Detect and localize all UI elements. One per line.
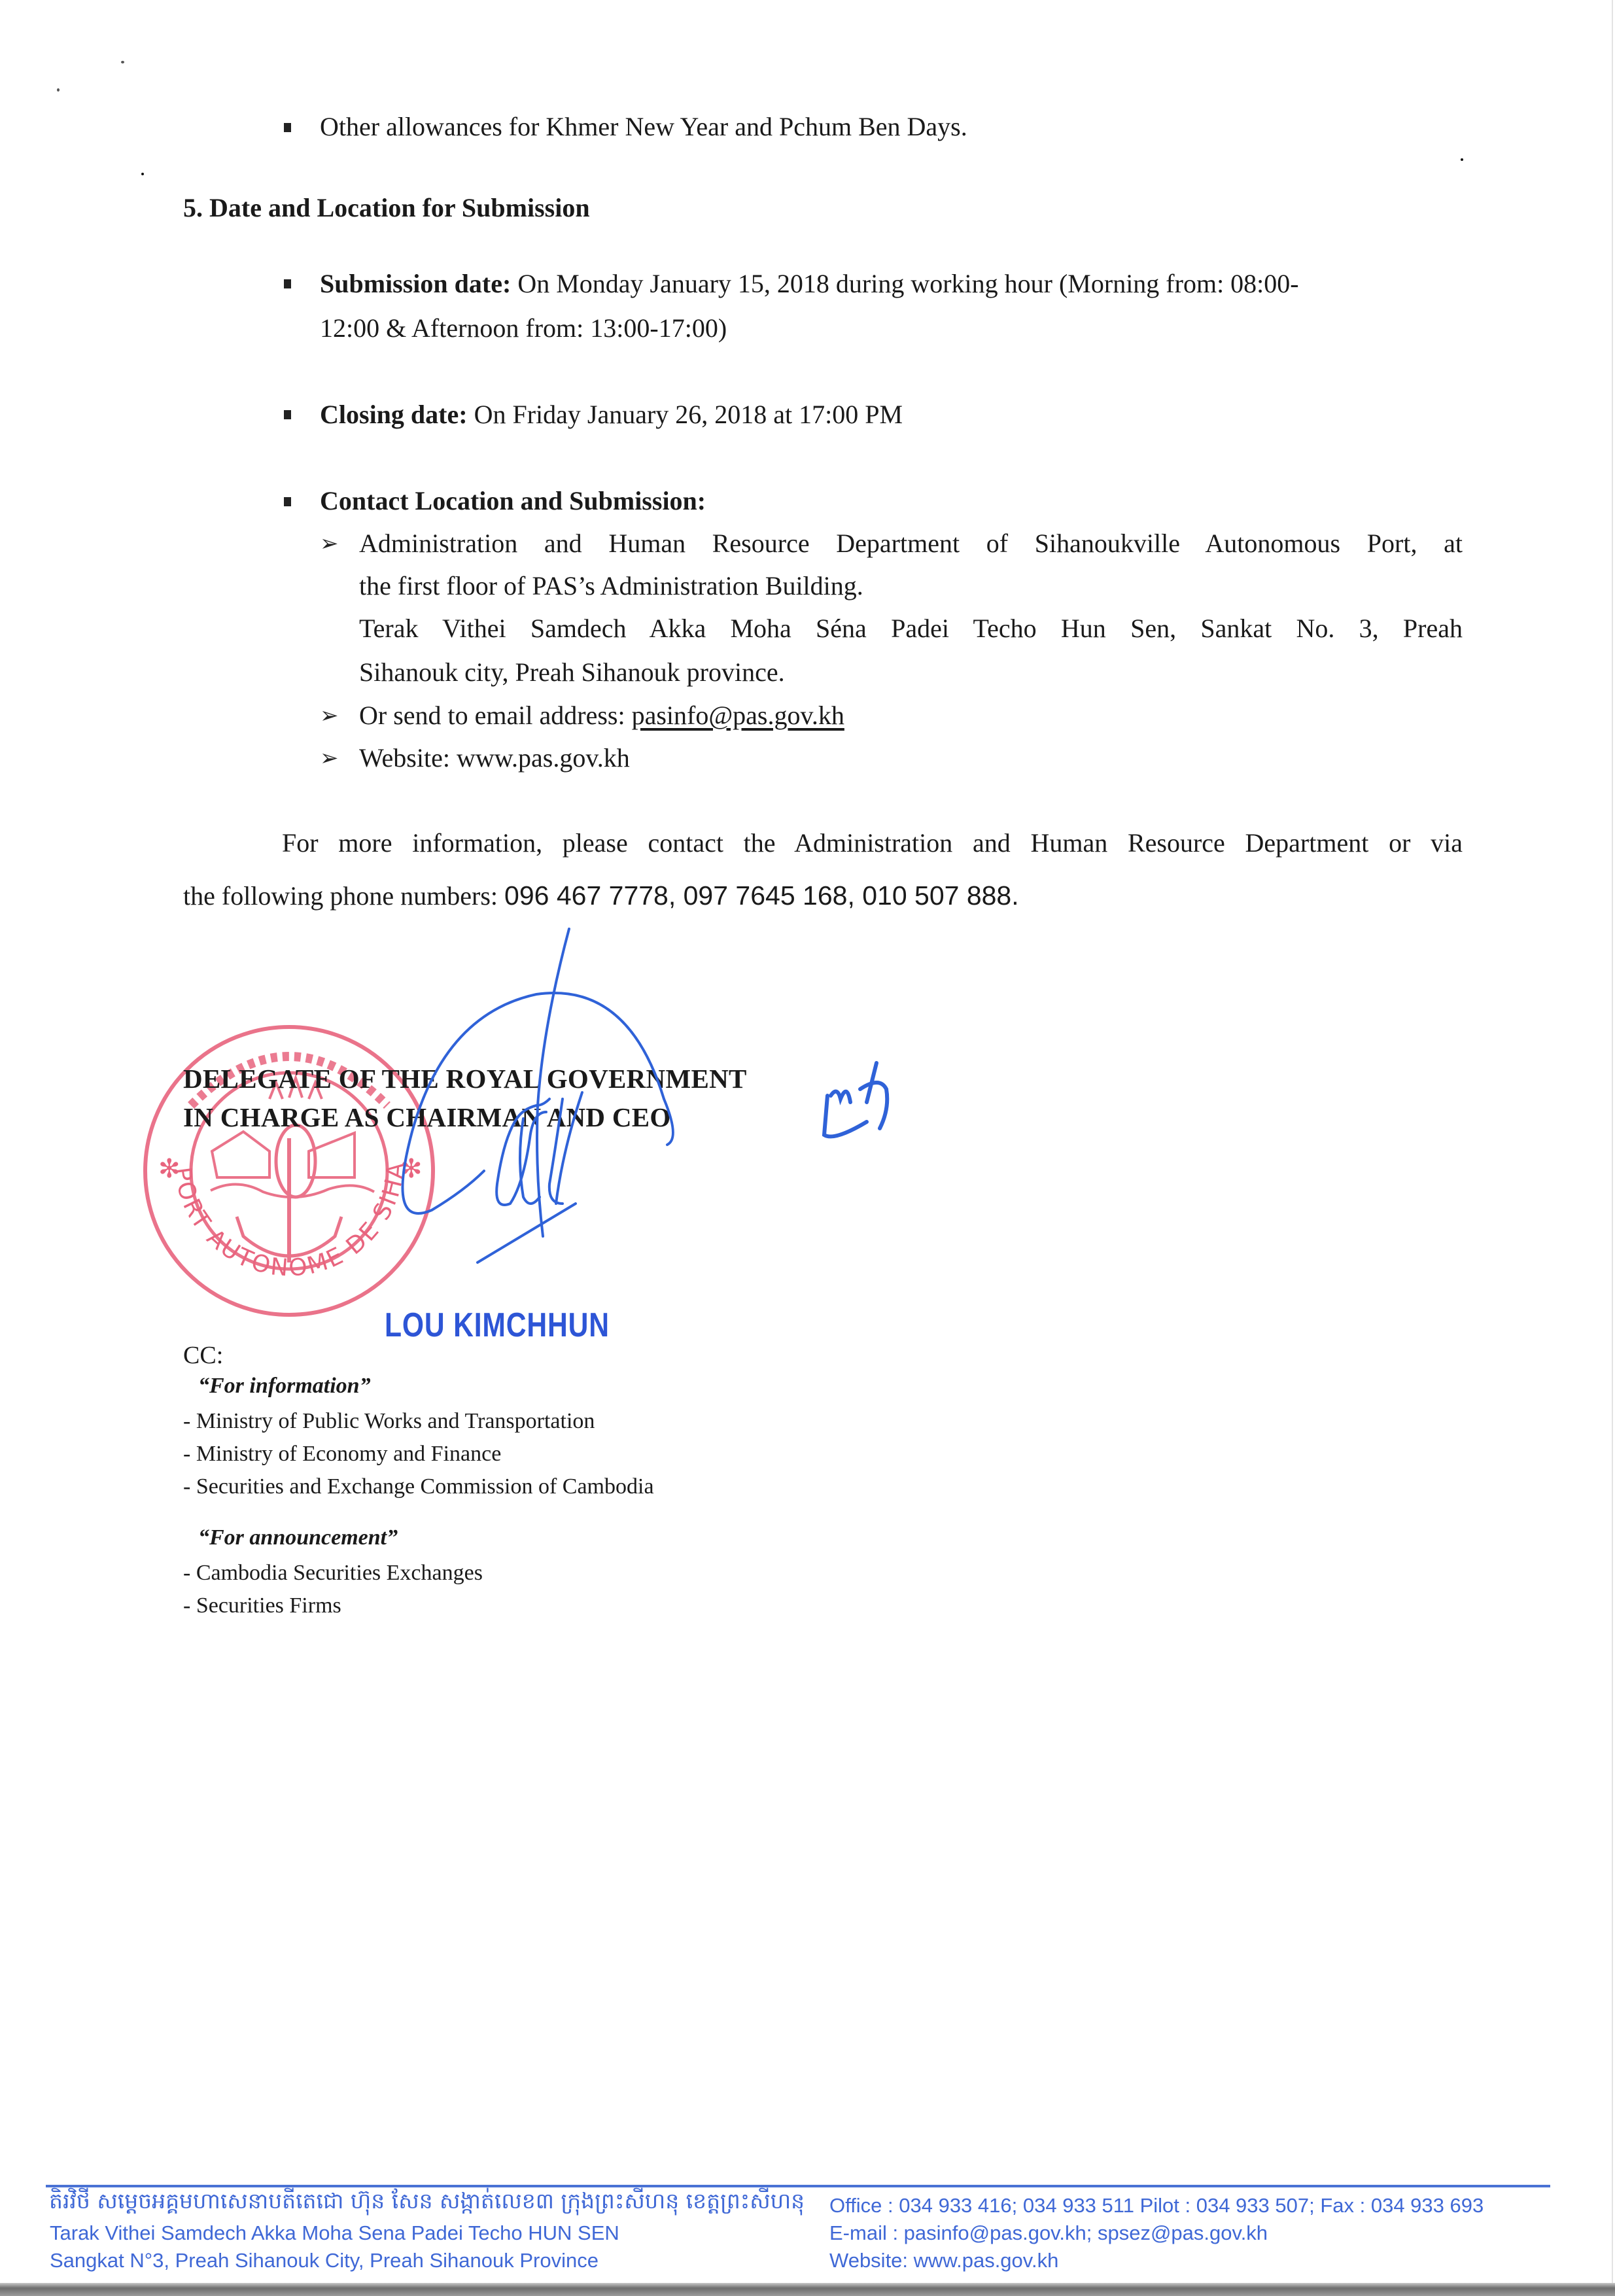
footer-address-line1: Tarak Vithei Samdech Akka Moha Sena Pade… [50, 2221, 619, 2246]
bullet-marker [284, 279, 291, 288]
contact-email-line: Or send to email address: pasinfo@pas.go… [359, 700, 844, 731]
handwritten-initials-icon [821, 1056, 906, 1148]
bullet-marker [284, 497, 291, 506]
bullet-marker [284, 410, 291, 419]
page-edge [1612, 0, 1613, 2283]
footer-website[interactable]: Website: www.pas.gov.kh [829, 2248, 1058, 2273]
handwritten-signature-icon [366, 922, 706, 1328]
footer-phones: Office : 034 933 416; 034 933 511 Pilot … [829, 2193, 1484, 2218]
more-info-line2: the following phone numbers: 096 467 777… [183, 880, 1019, 912]
submission-date-value: On Monday January 15, 2018 during workin… [511, 269, 1298, 298]
footer-email[interactable]: E-mail : pasinfo@pas.gov.kh; spsez@pas.g… [829, 2221, 1268, 2246]
cc-group-heading-information: “For information” [198, 1370, 371, 1402]
contact-website-line: Website: www.pas.gov.kh [359, 742, 630, 774]
contact-address-line3: Terak Vithei Samdech Akka Moha Séna Pade… [359, 613, 1463, 644]
scan-bottom-shadow [0, 2283, 1615, 2296]
arrow-bullet-icon: ➢ [320, 742, 339, 774]
scan-speck [57, 88, 60, 92]
submission-date-line2: 12:00 & Afternoon from: 13:00-17:00) [320, 313, 727, 344]
closing-date-line: Closing date: On Friday January 26, 2018… [320, 399, 903, 430]
email-prefix: Or send to email address: [359, 701, 632, 730]
phones-prefix: the following phone numbers: [183, 881, 504, 911]
scan-speck [1461, 158, 1463, 161]
submission-date-label: Submission date: [320, 269, 511, 298]
cc-item: - Securities Firms [183, 1590, 341, 1622]
allowance-bullet-text: Other allowances for Khmer New Year and … [320, 111, 967, 143]
signatory-name: LOU KIMCHHUN [385, 1306, 610, 1345]
cc-item: - Ministry of Public Works and Transport… [183, 1405, 595, 1437]
section-heading: 5. Date and Location for Submission [183, 192, 590, 224]
cc-item: - Ministry of Economy and Finance [183, 1438, 501, 1470]
scan-speck [141, 173, 144, 175]
cc-item: - Cambodia Securities Exchanges [183, 1557, 483, 1589]
svg-text:✻: ✻ [158, 1154, 181, 1184]
email-link[interactable]: pasinfo@pas.gov.kh [632, 701, 844, 730]
closing-date-value: On Friday January 26, 2018 at 17:00 PM [468, 400, 903, 429]
more-info-line1: For more information, please contact the… [282, 827, 1463, 859]
footer-address-line2: Sangkat N°3, Preah Sihanouk City, Preah … [50, 2248, 599, 2273]
cc-item: - Securities and Exchange Commission of … [183, 1470, 654, 1503]
contact-heading: Contact Location and Submission: [320, 485, 706, 517]
submission-date-line1: Submission date: On Monday January 15, 2… [320, 268, 1299, 300]
cc-group-heading-announcement: “For announcement” [198, 1522, 398, 1554]
contact-address-line4: Sihanouk city, Preah Sihanouk province. [359, 657, 785, 688]
closing-date-label: Closing date: [320, 400, 468, 429]
phone-numbers: 096 467 7778, 097 7645 168, 010 507 888. [504, 880, 1019, 911]
cc-heading-text: “For announcement” [198, 1525, 398, 1550]
arrow-bullet-icon: ➢ [320, 528, 339, 559]
footer-divider [46, 2185, 1550, 2187]
bullet-marker [284, 123, 291, 132]
footer-khmer-address: តិរវិថី សម្តេចអគ្គមហាសេនាបតីតេជោ ហ៊ុន សែ… [49, 2188, 805, 2219]
cc-heading-text: “For information” [198, 1374, 371, 1398]
contact-address-line2: the first floor of PAS’s Administration … [359, 570, 863, 602]
contact-address-line1: Administration and Human Resource Depart… [359, 528, 1463, 559]
arrow-bullet-icon: ➢ [320, 700, 339, 731]
cc-label: CC: [183, 1340, 223, 1371]
scan-speck [121, 61, 124, 63]
